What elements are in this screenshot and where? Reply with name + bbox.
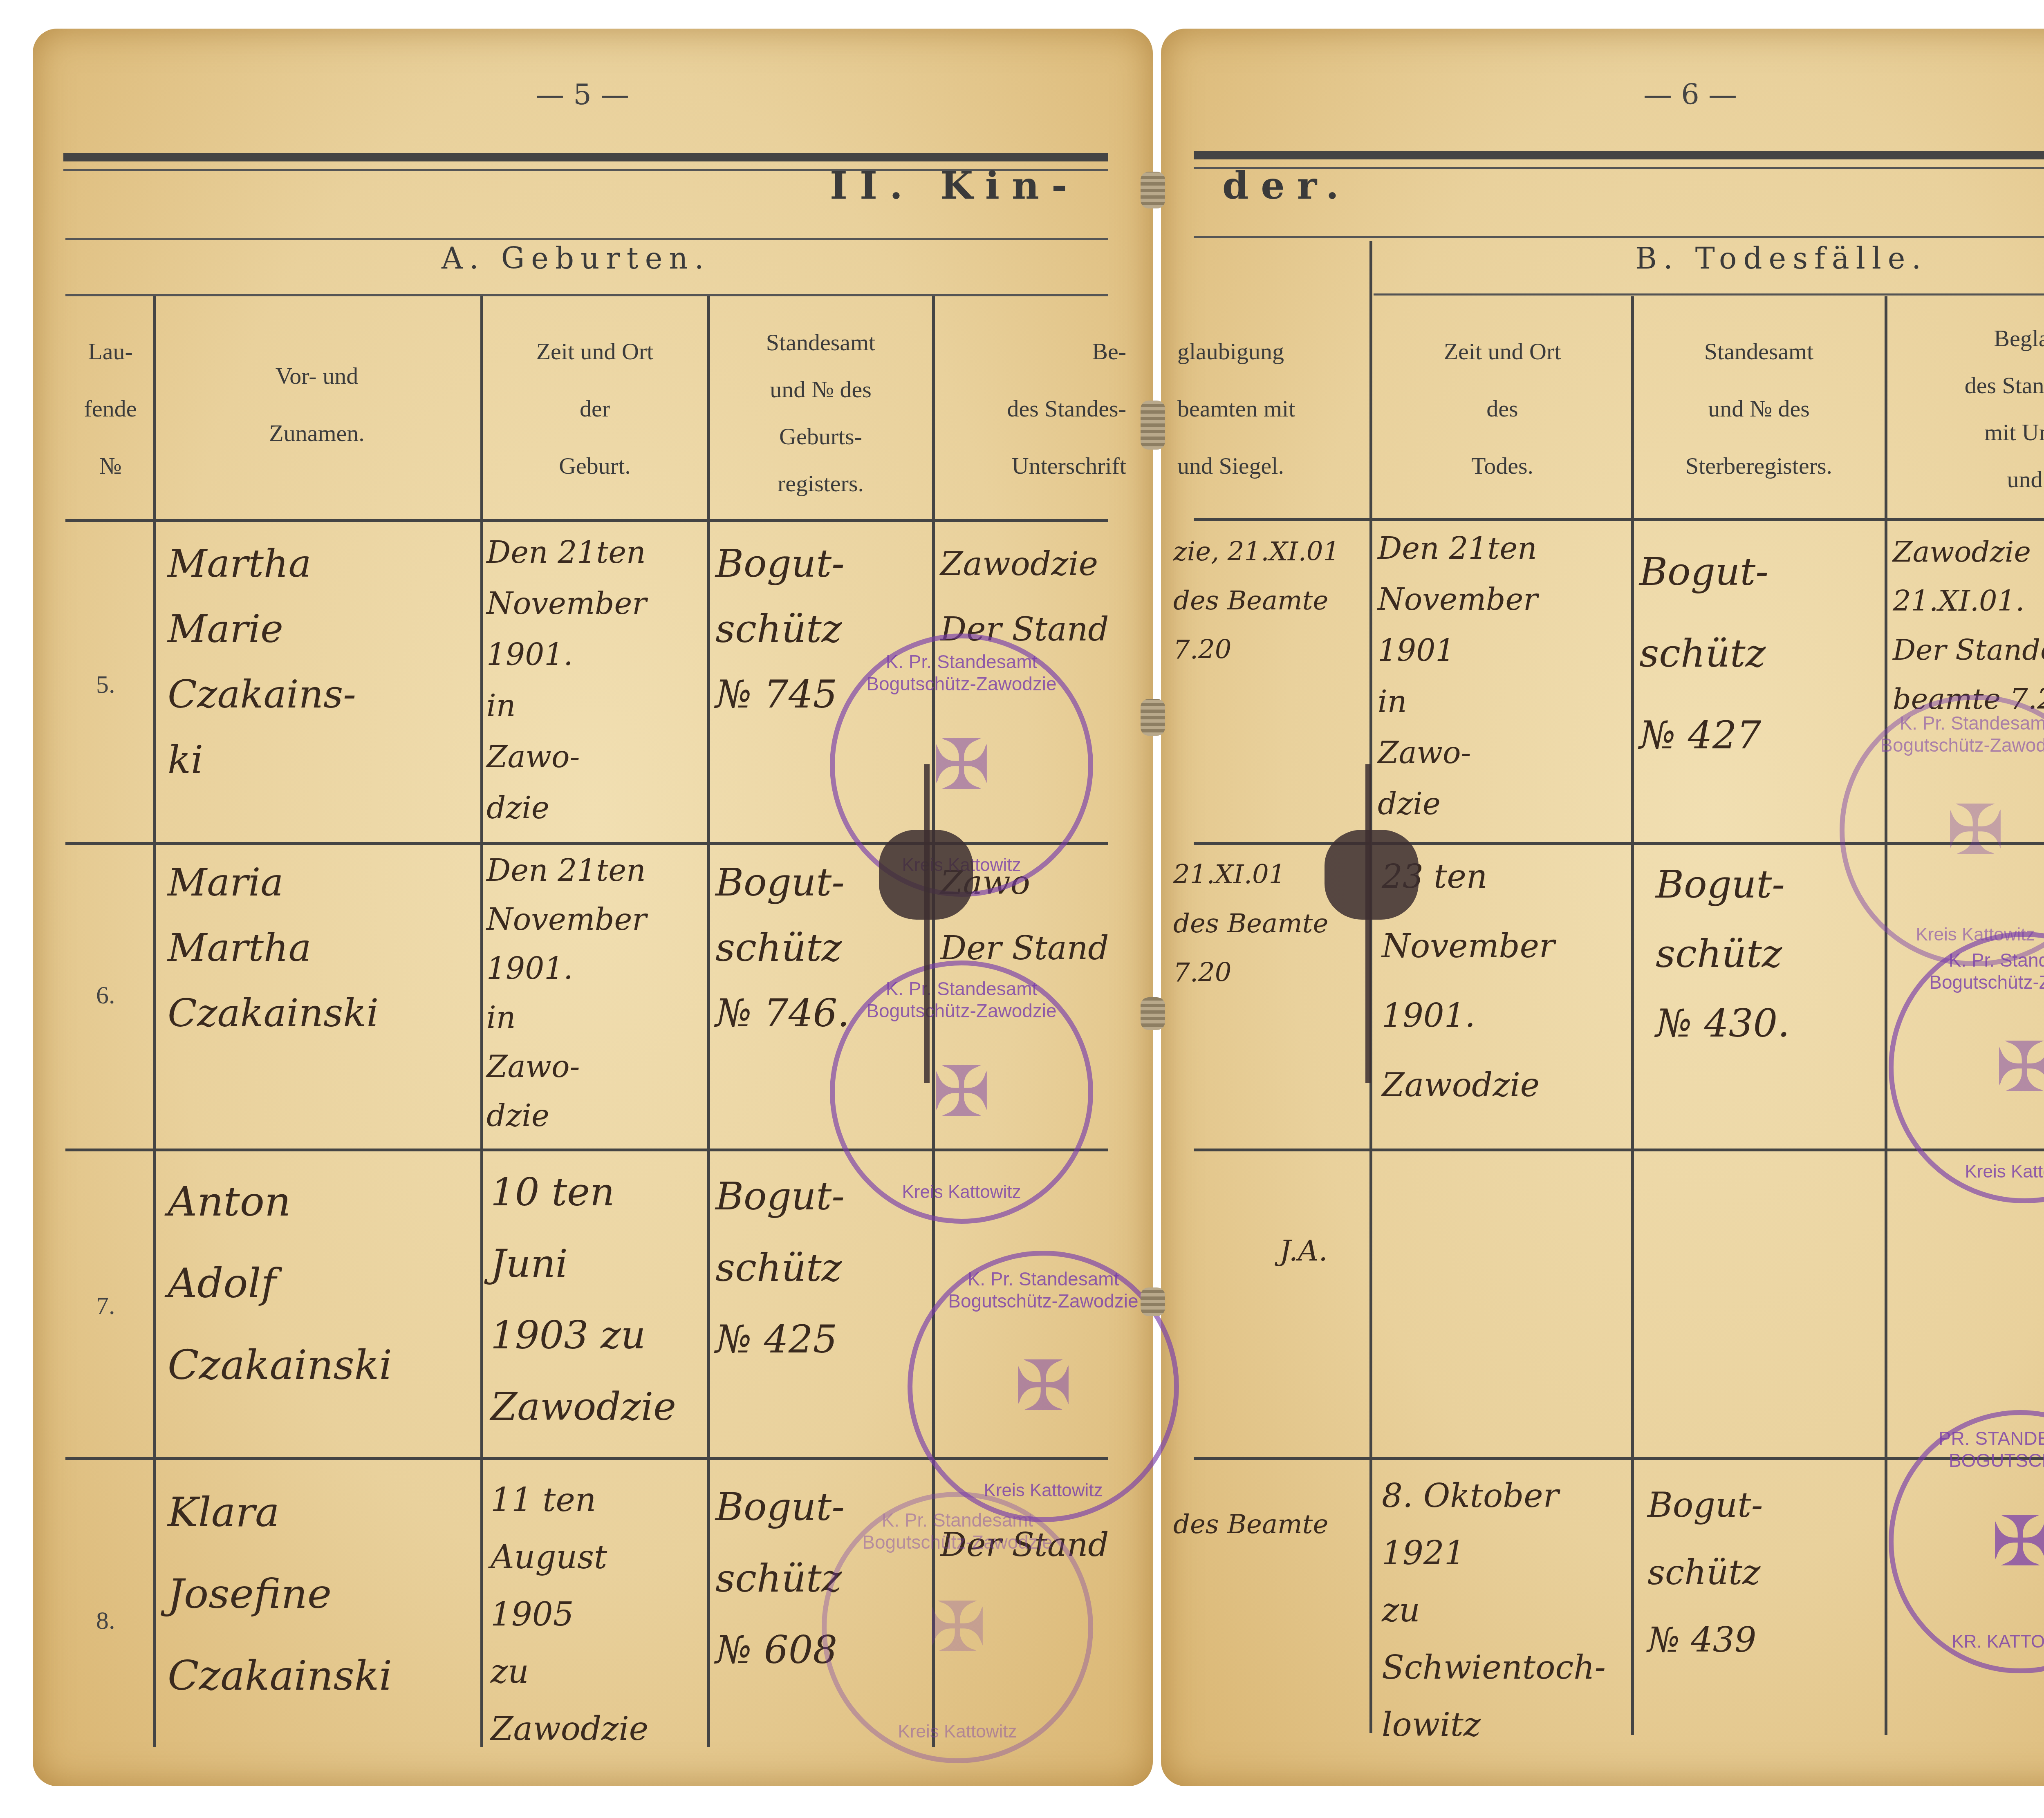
death-register-cell: Bogut- schütz № 427 bbox=[1639, 531, 1768, 777]
official-stamp: K. Pr. Standesamt Bogutschütz-Zawodzie ✠… bbox=[908, 1251, 1179, 1522]
eagle-icon: ✠ bbox=[1995, 1027, 2044, 1108]
death-register-cell: Bogut- schütz № 439 bbox=[1647, 1471, 1763, 1674]
cert-cont-cell: des Beamte bbox=[1173, 1492, 1328, 1557]
rule bbox=[1194, 518, 2044, 521]
column-line bbox=[707, 296, 710, 1747]
header-cert-cont: glaubigung beamten mit und Siegel. bbox=[1177, 323, 1369, 495]
header-name: Vor- und Zunamen. bbox=[155, 347, 478, 462]
header-death-cert: Beglaubigung des Standesbeamten mit Unte… bbox=[1887, 315, 2044, 503]
column-line bbox=[1631, 296, 1634, 1735]
row-number: 8. bbox=[96, 1606, 115, 1635]
row-number: 5. bbox=[96, 670, 115, 699]
death-cert-cell: Zawodzie 21.XI.01. Der Standes- beamte 7… bbox=[1893, 527, 2044, 723]
binding-thread bbox=[1141, 997, 1165, 1030]
row-number: 6. bbox=[96, 981, 115, 1010]
official-stamp-prussia: PR. STANDESAMT BOGUTSCHÜTZ ✠ KR. KATTOWI… bbox=[1889, 1410, 2044, 1673]
header-death: Zeit und Ort des Todes. bbox=[1374, 323, 1631, 495]
official-stamp: K. Pr. Standesamt Bogutschütz-Zawodzie ✠… bbox=[822, 1492, 1093, 1763]
stamp-text: K. Pr. Standesamt Bogutschütz-Zawodzie bbox=[912, 1268, 1174, 1312]
birth-cell: 10 ten Juni 1903 zu Zawodzie bbox=[491, 1157, 676, 1443]
rule bbox=[1194, 236, 2044, 238]
eagle-icon: ✠ bbox=[932, 725, 991, 806]
stamp-text: Kreis Kattowitz bbox=[835, 1182, 1088, 1202]
eagle-icon: ✠ bbox=[932, 1052, 991, 1133]
rule bbox=[65, 294, 1108, 296]
section-deaths: B. Todesfälle. bbox=[1635, 241, 1927, 275]
header-register: Standesamt und № des Geburts- registers. bbox=[709, 319, 932, 507]
rule bbox=[65, 519, 1108, 522]
column-line bbox=[153, 296, 156, 1747]
eagle-icon: ✠ bbox=[1014, 1346, 1072, 1427]
ink-blot bbox=[1325, 830, 1419, 920]
eagle-icon: ✠ bbox=[1991, 1501, 2044, 1582]
stamp-text: KR. KATTOWITZ bbox=[1894, 1632, 2044, 1652]
eagle-icon: ✠ bbox=[1946, 790, 2004, 871]
rule bbox=[65, 238, 1108, 240]
eagle-icon: ✠ bbox=[928, 1587, 986, 1668]
page-number-left: — 5 — bbox=[536, 78, 629, 111]
death-cell: 8. Oktober 1921 zu Schwientoch- lowitz bbox=[1382, 1467, 1606, 1753]
stamp-text: K. Pr. Standesamt Bogutschütz-Zawodzie bbox=[1894, 949, 2044, 993]
binding-thread bbox=[1141, 1287, 1165, 1316]
register-cell: Bogut- schütz № 745 bbox=[715, 531, 845, 728]
birth-cell: Den 21ten November 1901. in Zawo- dzie bbox=[486, 527, 647, 834]
top-rule-right bbox=[1194, 151, 2044, 159]
row-number: 7. bbox=[96, 1292, 115, 1321]
ink-blot bbox=[879, 830, 973, 920]
stamp-text: K. Pr. Standesamt Bogutschütz-Zawodzie bbox=[827, 1509, 1088, 1553]
top-rule-left bbox=[63, 153, 1108, 161]
name-cell: Anton Adolf Czakainski bbox=[168, 1161, 392, 1406]
birth-cell: Den 21ten November 1901. in Zawo- dzie bbox=[486, 846, 647, 1140]
binding-thread bbox=[1141, 699, 1165, 736]
header-cert: Be- des Standes- Unterschrift bbox=[934, 323, 1126, 495]
section-births: A. Geburten. bbox=[442, 241, 710, 275]
column-line bbox=[1885, 296, 1887, 1735]
header-death-register: Standesamt und № des Sterberegisters. bbox=[1633, 323, 1885, 495]
register-cell: Bogut- schütz № 425 bbox=[715, 1161, 845, 1375]
cert-cont-cell: J.A. bbox=[1280, 1218, 1328, 1283]
stamp-text: K. Pr. Standesamt Bogutschütz-Zawodzie bbox=[835, 978, 1088, 1022]
stamp-text: K. Pr. Standesamt Bogutschütz-Zawodzie bbox=[835, 651, 1088, 695]
stamp-text: Kreis Kattowitz bbox=[827, 1722, 1088, 1742]
official-stamp: K. Pr. Standesamt Bogutschütz-Zawodzie ✠… bbox=[1889, 932, 2044, 1203]
official-stamp: K. Pr. Standesamt Bogutschütz-Zawodzie ✠… bbox=[830, 960, 1093, 1224]
title-right: der. bbox=[1222, 163, 1351, 208]
name-cell: Maria Martha Czakainski bbox=[168, 850, 379, 1046]
ink-cross bbox=[924, 764, 930, 1083]
register-cell: Bogut- schütz № 746. bbox=[715, 850, 849, 1046]
cert-cont-cell: zie, 21.XI.01 des Beamte 7.20 bbox=[1173, 527, 1340, 674]
binding-thread bbox=[1141, 401, 1165, 450]
stamp-text: K. Pr. Standesamt Bogutschütz-Zawodzie bbox=[1845, 712, 2044, 756]
cert-cont-cell: 21.XI.01 des Beamte 7.20 bbox=[1173, 850, 1328, 997]
rule bbox=[1374, 293, 2044, 296]
death-cell: Den 21ten November 1901 in Zawo- dzie bbox=[1378, 523, 1538, 830]
death-register-cell: Bogut- schütz № 430. bbox=[1656, 850, 1790, 1059]
header-birth: Zeit und Ort der Geburt. bbox=[482, 323, 707, 495]
stamp-text: Kreis Kattowitz bbox=[1894, 1162, 2044, 1182]
birth-cell: 11 ten August 1905 zu Zawodzie bbox=[491, 1471, 648, 1758]
stamp-text: PR. STANDESAMT BOGUTSCHÜTZ bbox=[1894, 1427, 2044, 1471]
header-number: Lau- fende № bbox=[69, 323, 151, 495]
title-left: II. Kin- bbox=[830, 163, 1079, 208]
binding-thread bbox=[1141, 172, 1165, 208]
official-stamp: K. Pr. Standesamt Bogutschütz-Zawodzie ✠… bbox=[1840, 695, 2044, 966]
name-cell: Martha Marie Czakains- ki bbox=[168, 531, 356, 793]
page-number-right: — 6 — bbox=[1643, 78, 1737, 111]
column-line bbox=[480, 296, 483, 1747]
name-cell: Klara Josefine Czakainski bbox=[168, 1471, 392, 1717]
ink-cross bbox=[1365, 764, 1371, 1083]
